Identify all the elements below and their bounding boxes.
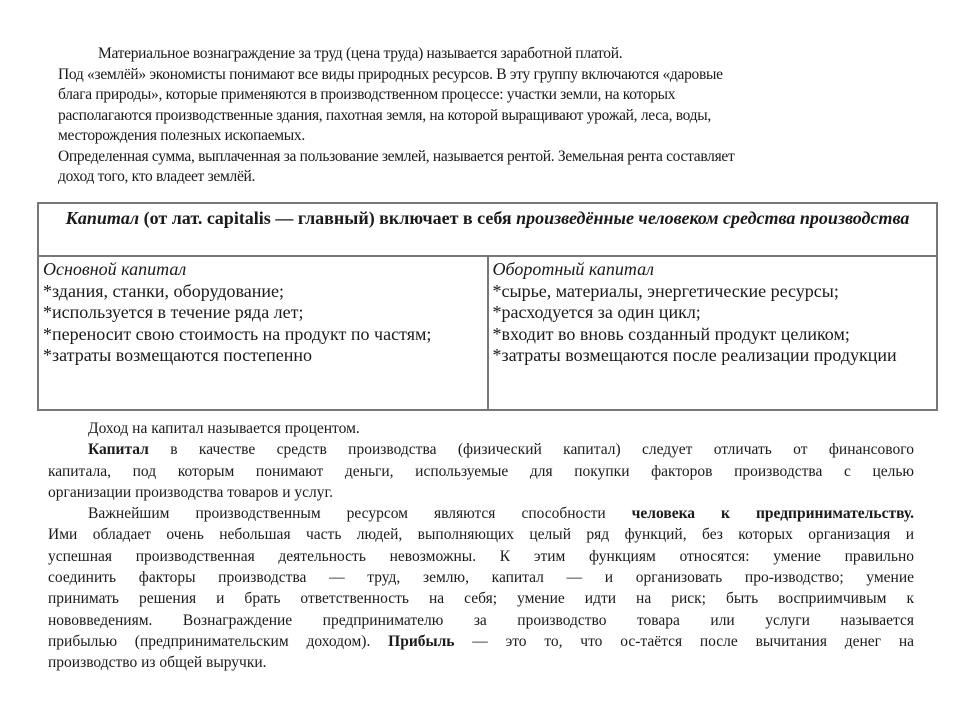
capital-line-2: капитала, под которым понимают деньги, и… <box>48 461 914 482</box>
entrepreneur-line-5: принимать решения и брать ответственност… <box>48 588 914 609</box>
rent-line-2: доход того, кто владеет землёй. <box>58 167 928 188</box>
working-capital-item: *сырье, материалы, энергетические ресурс… <box>493 281 933 303</box>
working-capital-item: *затраты возмещаются после реализации пр… <box>493 345 933 367</box>
entrepreneurship-bold: человека к предпринимательству. <box>632 505 914 522</box>
capital-definition: произведённые человеком средства произво… <box>516 208 909 228</box>
capital-line-1: Капитал в качестве средств производства … <box>48 439 914 460</box>
land-line-3: располагаются производственные здания, п… <box>58 106 928 127</box>
fixed-capital-item: *здания, станки, оборудование; <box>43 281 483 303</box>
capital-table-header: Капитал (от лат. capitalis — главный) вк… <box>38 203 937 256</box>
entrepreneur-line-4: соединить факторы производства — труд, з… <box>48 567 914 588</box>
fixed-capital-cell: Основной капитал *здания, станки, оборуд… <box>38 256 488 410</box>
fixed-capital-title: Основной капитал <box>43 259 483 281</box>
capital-line-1-text: в качестве средств производства (физичес… <box>149 441 914 458</box>
capital-table: Капитал (от лат. capitalis — главный) вк… <box>37 202 938 411</box>
working-capital-title: Оборотный капитал <box>493 259 933 281</box>
working-capital-cell: Оборотный капитал *сырье, материалы, эне… <box>488 256 938 410</box>
entrepreneur-line-7: прибылью (предпринимательским доходом). … <box>48 631 914 652</box>
capital-line-3: организации производства товаров и услуг… <box>48 482 914 503</box>
wage-sentence: Материальное вознаграждение за труд (цен… <box>58 44 928 65</box>
intro-text: Материальное вознаграждение за труд (цен… <box>58 44 928 188</box>
profit-line-text-b: — это то, что ос-таётся после вычитания … <box>455 633 915 650</box>
land-line-2: блага природы», которые применяются в пр… <box>58 85 928 106</box>
land-line-4: месторождения полезных ископаемых. <box>58 126 928 147</box>
working-capital-item: *расходуется за один цикл; <box>493 302 933 324</box>
land-line-1: Под «землёй» экономисты понимают все вид… <box>58 65 928 86</box>
profit-bold: Прибыль <box>388 633 454 650</box>
rent-line-1: Определенная сумма, выплаченная за польз… <box>58 147 928 168</box>
entrepreneur-line-3: успешная производственная деятельность н… <box>48 546 914 567</box>
capital-bold: Капитал <box>88 441 149 458</box>
interest-sentence: Доход на капитал называется процентом. <box>48 418 914 439</box>
entrepreneur-line-8: производство из общей выручки. <box>48 652 914 673</box>
working-capital-item: *входит во вновь созданный продукт целик… <box>493 324 933 346</box>
fixed-capital-item: *затраты возмещаются постепенно <box>43 345 483 367</box>
profit-line-text-a: прибылью (предпринимательским доходом). <box>48 633 388 650</box>
fixed-capital-item: *используется в течение ряда лет; <box>43 302 483 324</box>
fixed-capital-item: *переносит свою стоимость на продукт по … <box>43 324 483 346</box>
entrepreneur-line-6: нововведениям. Вознаграждение предприним… <box>48 610 914 631</box>
capital-term: Капитал <box>66 208 139 228</box>
entrepreneur-line-2: Ими обладает очень небольшая часть людей… <box>48 524 914 545</box>
closing-text: Доход на капитал называется процентом. К… <box>48 418 914 674</box>
entrepreneur-line-1-text: Важнейшим производственным ресурсом явля… <box>88 505 632 522</box>
capital-header-middle: (от лат. capitalis — главный) включает в… <box>139 208 516 228</box>
entrepreneur-line-1: Важнейшим производственным ресурсом явля… <box>48 503 914 524</box>
